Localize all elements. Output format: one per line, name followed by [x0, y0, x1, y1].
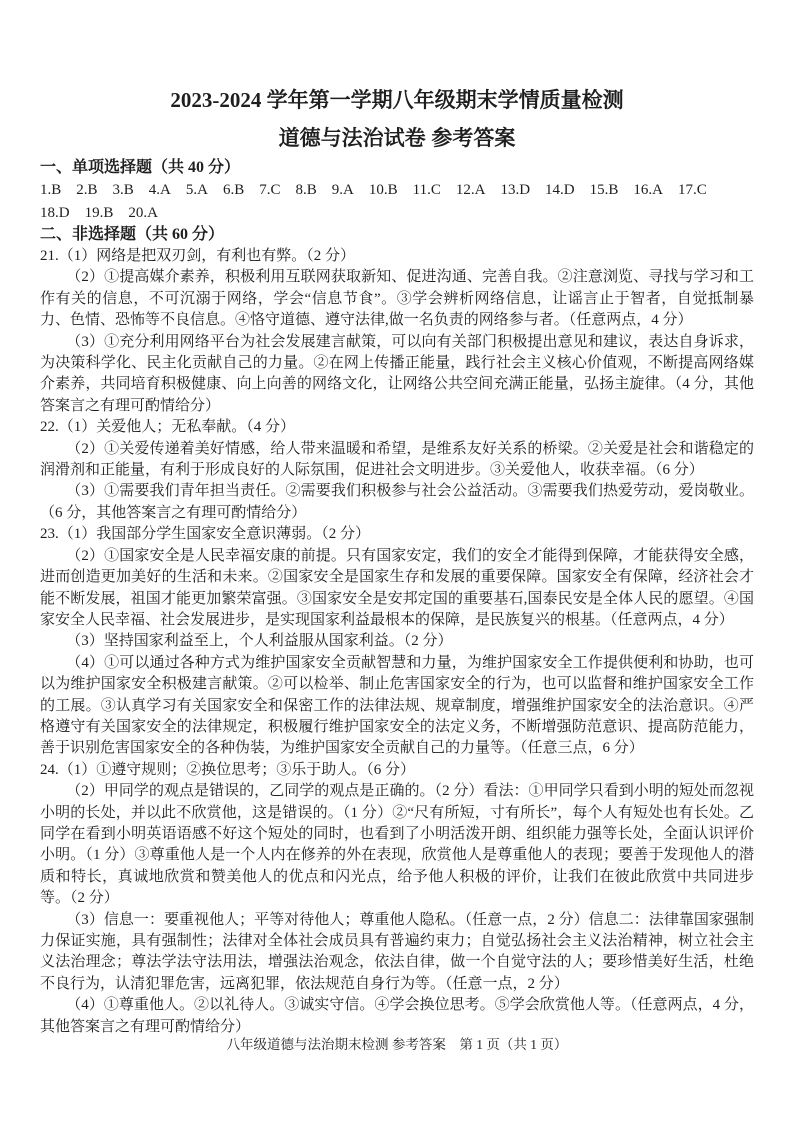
answer-paragraph: （4）①可以通过各种方式为维护国家安全贡献智慧和力量，为维护国家安全工作提供便利… — [40, 653, 754, 760]
mc-answer: 7.C — [259, 179, 280, 202]
answer-paragraph: （2）①国家安全是人民幸福安康的前提。只有国家安定，我们的安全才能得到保障，才能… — [40, 546, 754, 632]
mc-answer: 1.B — [40, 179, 61, 202]
mc-answer: 2.B — [76, 179, 97, 202]
mc-answer: 4.A — [149, 179, 171, 202]
mc-answer: 15.B — [590, 179, 619, 202]
answer-paragraph: （3）信息一：要重视他人；平等对待他人；尊重他人隐私。（任意一点，2 分）信息二… — [40, 910, 754, 996]
page-title: 2023-2024 学年第一学期八年级期末学情质量检测 — [40, 88, 754, 113]
exam-answer-page: 2023-2024 学年第一学期八年级期末学情质量检测 道德与法治试卷 参考答案… — [0, 0, 794, 1122]
answer-paragraph: 21.（1）网络是把双刃剑，有利也有弊。（2 分） — [40, 246, 754, 267]
answer-paragraph: （2）①提高媒介素养，积极利用互联网获取新知、促进沟通、完善自我。②注意浏览、寻… — [40, 267, 754, 331]
answer-paragraph: 24.（1）①遵守规则；②换位思考；③乐于助人。（6 分） — [40, 760, 754, 781]
answer-paragraph: （4）①尊重他人。②以礼待人。③诚实守信。④学会换位思考。⑤学会欣赏他人等。（任… — [40, 995, 754, 1038]
answer-paragraph: （2）①关爱传递着美好情感，给人带来温暖和希望，是维系友好关系的桥梁。②关爱是社… — [40, 439, 754, 482]
mc-answer: 17.C — [678, 179, 707, 202]
mc-answer: 11.C — [413, 179, 441, 202]
mc-answer: 12.A — [456, 179, 486, 202]
section-1-heading: 一、单项选择题（共 40 分） — [40, 157, 754, 179]
mc-answer: 14.D — [545, 179, 575, 202]
mc-answer: 18.D — [40, 202, 70, 225]
mc-answer: 20.A — [128, 202, 158, 225]
mc-answer: 5.A — [186, 179, 208, 202]
multiple-choice-answers: 1.B2.B3.B4.A5.A6.B7.C8.B9.A10.B11.C12.A1… — [40, 179, 754, 224]
mc-answer: 16.A — [633, 179, 663, 202]
mc-answer: 3.B — [113, 179, 134, 202]
mc-answer: 8.B — [296, 179, 317, 202]
mc-answer: 19.B — [85, 202, 114, 225]
page-footer: 八年级道德与法治期末检测 参考答案 第 1 页（共 1 页） — [0, 1033, 794, 1053]
mc-answer: 13.D — [500, 179, 530, 202]
answer-paragraph: （3）①充分利用网络平台为社会发展建言献策，可以向有关部门积极提出意见和建议，表… — [40, 332, 754, 418]
mc-answer: 6.B — [223, 179, 244, 202]
page-subtitle: 道德与法治试卷 参考答案 — [40, 126, 754, 151]
answer-paragraph: 23.（1）我国部分学生国家安全意识薄弱。（2 分） — [40, 524, 754, 545]
mc-answer: 10.B — [369, 179, 398, 202]
section-2-heading: 二、非选择题（共 60 分） — [40, 224, 754, 246]
answer-paragraph: （3）①需要我们青年担当责任。②需要我们积极参与社会公益活动。③需要我们热爱劳动… — [40, 481, 754, 524]
mc-answer: 9.A — [332, 179, 354, 202]
answer-paragraph: 22.（1）关爱他人；无私奉献。（4 分） — [40, 417, 754, 438]
free-response-answers: 21.（1）网络是把双刃剑，有利也有弊。（2 分）（2）①提高媒介素养，积极利用… — [40, 246, 754, 1038]
answer-paragraph: （2）甲同学的观点是错误的，乙同学的观点是正确的。（2 分）看法：①甲同学只看到… — [40, 781, 754, 909]
answer-paragraph: （3）坚持国家利益至上，个人利益服从国家利益。（2 分） — [40, 631, 754, 652]
